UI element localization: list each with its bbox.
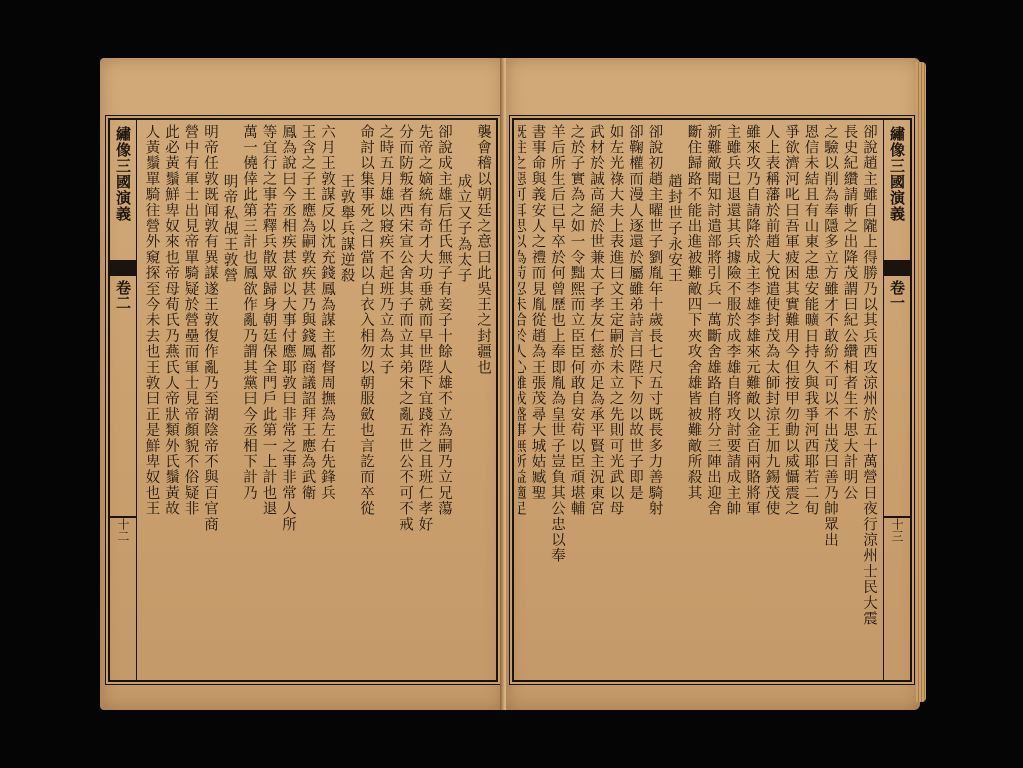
open-book: 繡像三國演義 卷二 十二 襲會稽以朝廷之意曰此吳王之封疆也 成立又子為太子卻說成… xyxy=(100,58,920,710)
text-column: 新難敵聞知討遣部將引兵一萬斷舍雄路自將分三陣出迎舍 xyxy=(703,124,723,676)
text-column: 分而防叛者西宋宣公舍其子而立其弟宋之亂五世公不可不戒 xyxy=(395,124,415,676)
text-column: 命討以集事死之日當以白衣入相勿以朝服斂也言訖而卒從 xyxy=(356,124,376,676)
left-band-fishtail-block xyxy=(110,260,136,276)
text-column: 六月王敦謀反以沈充錢鳳為謀主都督周撫為左右先鋒兵 xyxy=(317,124,337,676)
text-column: 之時五月雄以寢疾不起班乃立為太子 xyxy=(375,124,395,676)
text-column: 卻說趙主雖自隴上得勝乃以其兵西攻涼州於五十萬營日夜行涼州士民大震 xyxy=(859,124,879,676)
right-band-volume: 卷一 xyxy=(886,280,908,310)
section-heading-column: 趙封世子永安王 xyxy=(664,124,684,676)
page-edges xyxy=(916,62,926,702)
left-page: 繡像三國演義 卷二 十二 襲會稽以朝廷之意曰此吳王之封疆也 成立又子為太子卻說成… xyxy=(100,58,504,710)
left-title-band: 繡像三國演義 卷二 十二 xyxy=(110,120,137,680)
right-page-number: 十三 xyxy=(888,518,906,542)
text-column: 卻說初趙主曜世子劉胤年十歲長七尺五寸既長多力善騎射 xyxy=(644,124,664,676)
text-column: 明帝任敦既闻敦有異謀遂王敦復作亂乃至湖陰帝不與百官商 xyxy=(200,124,220,676)
text-column: 羊后所生后已早卒於何曾歷也上奉即胤為皇世子豈負其公忠以奉 xyxy=(547,124,567,676)
text-column: 營中有軍士出見帝單騎疑於營壘而軍士見帝顏貌不俗疑非 xyxy=(180,124,200,676)
text-column: 卻鞠權而漫人逐還於屬雖弟詩言曰陛下勿以故世子即是 xyxy=(625,124,645,676)
text-column: 萬一僥倖此第三計也鳳欲作亂乃謂其黨曰今丞相下計乃 xyxy=(239,124,259,676)
text-column: 長史紀纘請斬之出降茂謂曰紀公纘相者生不思大計明公 xyxy=(839,124,859,676)
right-page: 卻說趙主雖自隴上得勝乃以其兵西攻涼州於五十萬營日夜行涼州士民大震長史紀纘請斬之出… xyxy=(506,58,920,710)
left-page-text: 襲會稽以朝廷之意曰此吳王之封疆也 成立又子為太子卻說成主雄后任氏無子有妾子十餘人… xyxy=(142,124,492,676)
text-column: 斷住歸路不能出進被難敵四下夾攻舍雄皆被難敵所殺其 xyxy=(683,124,703,676)
right-band-title: 繡像三國演義 xyxy=(886,126,908,222)
left-page-frame: 繡像三國演義 卷二 十二 襲會稽以朝廷之意曰此吳王之封疆也 成立又子為太子卻說成… xyxy=(108,118,498,682)
right-page-frame: 卻說趙主雖自隴上得勝乃以其兵西攻涼州於五十萬營日夜行涼州士民大震長史紀纘請斬之出… xyxy=(512,118,912,682)
section-heading-column: 王敦舉兵謀逆殺 xyxy=(336,124,356,676)
right-page-text: 卻說趙主雖自隴上得勝乃以其兵西攻涼州於五十萬營日夜行涼州士民大震長史紀纘請斬之出… xyxy=(518,124,878,676)
text-column: 之驗以削為奉隱多立方雖才不敢紛不可以不出茂曰善乃帥眾出 xyxy=(820,124,840,676)
text-column: 先帝之嫡統有奇才大功垂就而早世陛下宜踐祚之且班仁孝好 xyxy=(414,124,434,676)
right-band-fishtail-block xyxy=(884,260,910,276)
left-page-number: 十二 xyxy=(114,518,132,542)
right-title-band: 繡像三國演義 卷一 十三 xyxy=(883,120,910,680)
text-column: 人黃鬚單騎往營外窺探至今未去也王敦曰正是鮮卑奴也王 xyxy=(142,124,161,676)
text-column: 恩信未結且有山東之患安能曠日持久與我爭河西耶若二旬 xyxy=(800,124,820,676)
text-column: 人上表稱藩於前趙大悅遣使封茂為太師封涼王加九錫茂使 xyxy=(761,124,781,676)
text-column: 卻說成主雄后任氏無子有妾子十餘人雄不立為嗣乃立兄蕩 xyxy=(434,124,454,676)
section-heading-column: 成立又子為太子 xyxy=(453,124,473,676)
text-column: 如左光祿大夫上表進曰文王定嗣於未立之先則可光武以母 xyxy=(605,124,625,676)
section-heading-column: 明帝私覘王敦營 xyxy=(219,124,239,676)
left-band-volume: 卷二 xyxy=(112,280,134,310)
text-column: 武材於誠高絕於世兼太子孝友仁慈亦足為承平賢主況東宮 xyxy=(586,124,606,676)
text-column: 書事命與義安人之禮而見胤從趙為王張茂尋大城姑臧聖 xyxy=(527,124,547,676)
text-column: 主雖兵已退還其兵據險不服於成李雄自將攻討要請成主帥 xyxy=(722,124,742,676)
text-column: 鳳為說曰今丞相疾甚欲以大事付應耶敦曰非常之事非常人所 xyxy=(278,124,298,676)
text-column: 王含之子王應為嗣敦疾甚乃與錢鳳商議詔拜王應為武衛 xyxy=(297,124,317,676)
text-column: 爭欲濟河叱曰吾軍疲困其實難用今但按甲勿動以威懾震之 xyxy=(781,124,801,676)
text-column: 襲會稽以朝廷之意曰此吳王之封疆也 xyxy=(473,124,493,676)
text-column: 雖來攻乃自請降於成主李雄李雄來元難敵以金百兩賂將軍 xyxy=(742,124,762,676)
text-column: 等宜行之事若釋兵散眾歸身朝廷保全門戶此第一上計也退 xyxy=(258,124,278,676)
left-band-title: 繡像三國演義 xyxy=(112,126,134,222)
text-column: 既往之惡可耳思以為苟忍未洽於人心雖成盛事無所益適足 xyxy=(518,124,527,676)
text-column: 此必黃鬚鮮卑奴來也帝母荀氏乃燕氏人帝狀類外氏鬚黃故 xyxy=(161,124,181,676)
text-column: 之於子實為之如一令黜熙而立臣臣何敢自安苟以臣頑堪輔 xyxy=(566,124,586,676)
